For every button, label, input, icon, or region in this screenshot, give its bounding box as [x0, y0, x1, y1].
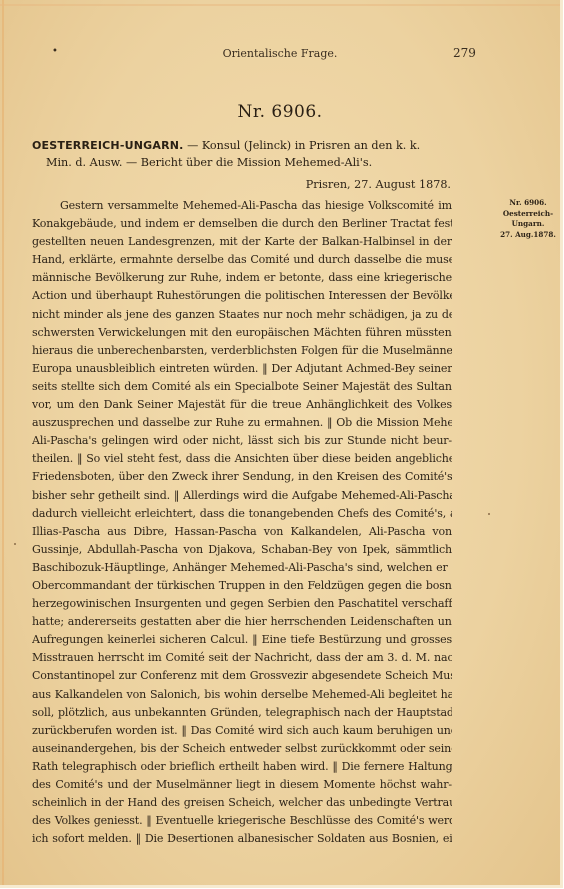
body-line: hatte; andererseits gestatten aber die h… [32, 613, 452, 631]
margin-note-date: 27. Aug.1878. [497, 230, 559, 241]
body-line: gestellten neuen Landesgrenzen, mit der … [32, 233, 452, 251]
body-line: bisher sehr getheilt sind. ‖ Allerdings … [32, 487, 452, 505]
heading-country: OESTERREICH-UNGARN. [32, 139, 184, 152]
body-line: hieraus die unberechenbarsten, verderbli… [32, 342, 452, 360]
body-line: Aufregungen keinerlei sicheren Calcul. ‖… [32, 631, 452, 649]
margin-note-country-1: Oesterreich- [497, 209, 559, 220]
body-line: scheinlich in der Hand des greisen Schei… [32, 794, 452, 812]
body-line: aus Kalkandelen von Salonich, bis wohin … [32, 686, 452, 704]
body-line: seits stellte sich dem Comité als ein Sp… [32, 378, 452, 396]
body-line: Misstrauen herrscht im Comité seit der N… [32, 649, 452, 667]
paper-speck [172, 836, 174, 838]
paper-speck [488, 513, 490, 515]
body-line: Hand, erklärte, ermahnte derselbe das Co… [32, 251, 452, 269]
document-heading: OESTERREICH-UNGARN. — Konsul (Jelinck) i… [32, 137, 492, 171]
body-line: Gestern versammelte Mehemed-Ali-Pascha d… [32, 197, 452, 215]
document-number: Nr. 6906. [0, 102, 560, 122]
body-line: Friedensboten, über den Zweck ihrer Send… [32, 468, 452, 486]
running-head-title: Orientalische Frage. [0, 47, 560, 60]
body-line: nicht minder als jene des ganzen Staates… [32, 306, 452, 324]
body-line: Ali-Pascha's gelingen wird oder nicht, l… [32, 432, 452, 450]
body-line: Konakgebäude, und indem er demselben die… [32, 215, 452, 233]
body-line: Action und überhaupt Ruhestörungen die p… [32, 287, 452, 305]
margin-note: Nr. 6906. Oesterreich- Ungarn. 27. Aug.1… [497, 198, 559, 240]
margin-note-country-2: Ungarn. [497, 219, 559, 230]
body-line: auszusprechen und dasselbe zur Ruhe zu e… [32, 414, 452, 432]
body-line: vor, um den Dank Seiner Majestät für die… [32, 396, 452, 414]
body-line: Constantinopel zur Conferenz mit dem Gro… [32, 667, 452, 685]
body-line: zurückberufen worden ist. ‖ Das Comité w… [32, 722, 452, 740]
body-line: Gussinje, Abdullah-Pascha von Djakova, S… [32, 541, 452, 559]
body-text: Gestern versammelte Mehemed-Ali-Pascha d… [32, 197, 452, 848]
body-line: ich sofort melden. ‖ Die Desertionen alb… [32, 830, 452, 848]
body-line: des Comité's und der Muselmänner liegt i… [32, 776, 452, 794]
body-line: Baschibozuk-Häuptlinge, Anhänger Mehemed… [32, 559, 452, 577]
body-line: schwersten Verwickelungen mit den europä… [32, 324, 452, 342]
body-line: des Volkes geniesst. ‖ Eventuelle kriege… [32, 812, 452, 830]
heading-line-1-rest: — Konsul (Jelinck) in Prisren an den k. … [184, 139, 421, 152]
body-line: soll, plötzlich, aus unbekannten Gründen… [32, 704, 452, 722]
paper-speck [14, 543, 16, 545]
body-line: Europa unausbleiblich eintreten würden. … [32, 360, 452, 378]
running-head: • Orientalische Frage. 279 [0, 46, 560, 66]
scanned-book-page: • Orientalische Frage. 279 Nr. 6906. OES… [0, 0, 563, 888]
heading-line-1: OESTERREICH-UNGARN. — Konsul (Jelinck) i… [32, 137, 492, 154]
body-line: männische Bevölkerung zur Ruhe, indem er… [32, 269, 452, 287]
body-line: Rath telegraphisch oder brieflich erthei… [32, 758, 452, 776]
body-line: auseinandergehen, bis der Scheich entwed… [32, 740, 452, 758]
page-edge-left [2, 0, 4, 885]
page-number: 279 [453, 46, 476, 60]
heading-line-2: Min. d. Ausw. — Bericht über die Mission… [32, 154, 492, 171]
body-line: theilen. ‖ So viel steht fest, dass die … [32, 450, 452, 468]
body-line: herzegowinischen Insurgenten und gegen S… [32, 595, 452, 613]
dateline: Prisren, 27. August 1878. [0, 178, 451, 191]
page-edge-top [0, 4, 560, 6]
body-line: Illias-Pascha aus Dibre, Hassan-Pascha v… [32, 523, 452, 541]
margin-note-number: Nr. 6906. [497, 198, 559, 209]
body-line: dadurch vielleicht erleichtert, dass die… [32, 505, 452, 523]
body-line: Obercommandant der türkischen Truppen in… [32, 577, 452, 595]
